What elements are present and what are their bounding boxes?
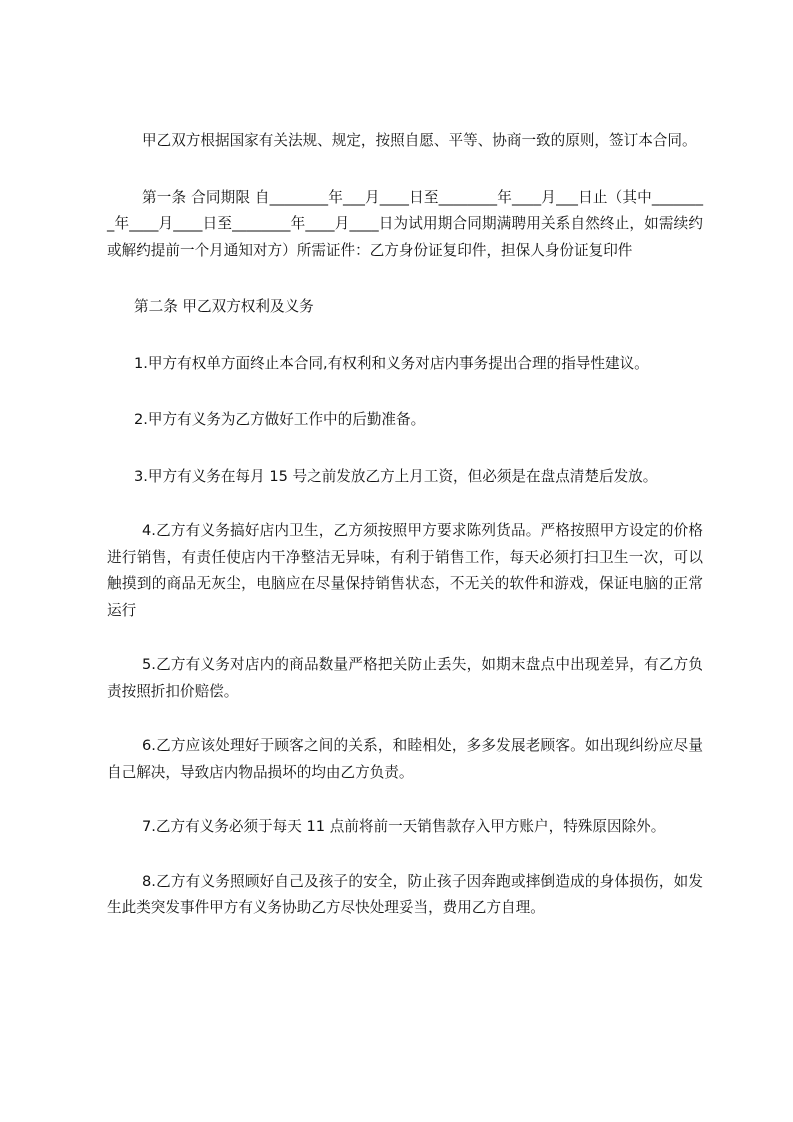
clause-item-7: 7.乙方有义务必须于每天 11 点前将前一天销售款存入甲方账户，特殊原因除外。 xyxy=(107,814,703,841)
clause-item-6: 6.乙方应该处理好于顾客之间的关系，和睦相处，多多发展老顾客。如出现纠纷应尽量自… xyxy=(107,733,703,786)
article-2-title: 第二条 甲乙双方权利及义务 xyxy=(107,294,703,321)
clause-item-8: 8.乙方有义务照顾好自己及孩子的安全，防止孩子因奔跑或摔倒造成的身体损伤，如发生… xyxy=(107,869,703,922)
article-1-contract-term: 第一条 合同期限 自________年___月____日至________年__… xyxy=(107,185,703,265)
clause-item-2: 2.甲方有义务为乙方做好工作中的后勤准备。 xyxy=(107,407,703,434)
intro-paragraph: 甲乙双方根据国家有关法规、规定，按照自愿、平等、协商一致的原则，签订本合同。 xyxy=(107,128,703,155)
clause-item-1: 1.甲方有权单方面终止本合同,有权利和义务对店内事务提出合理的指导性建议。 xyxy=(107,351,703,378)
clause-item-5: 5.乙方有义务对店内的商品数量严格把关防止丢失，如期末盘点中出现差异，有乙方负责… xyxy=(107,652,703,705)
document-page: 甲乙双方根据国家有关法规、规定，按照自愿、平等、协商一致的原则，签订本合同。 第… xyxy=(107,128,703,922)
clause-item-4: 4.乙方有义务搞好店内卫生，乙方须按照甲方要求陈列货品。严格按照甲方设定的价格进… xyxy=(107,518,703,624)
clause-item-3: 3.甲方有义务在每月 15 号之前发放乙方上月工资，但必须是在盘点清楚后发放。 xyxy=(107,464,703,491)
